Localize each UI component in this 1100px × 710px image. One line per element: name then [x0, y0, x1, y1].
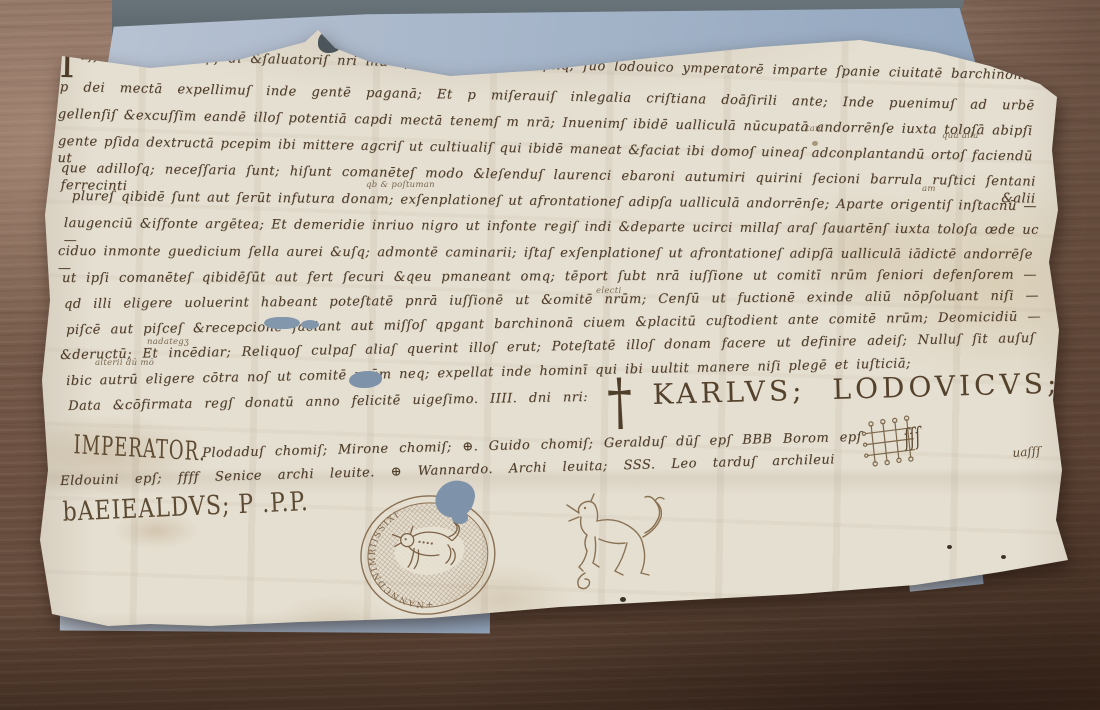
parchment-document: Iuſſione regiſ omīpſ di &ſaluatoriſ nri … — [30, 18, 1080, 643]
interlinear-note: qua alia — [942, 131, 979, 141]
interlinear-note: tam — [806, 124, 823, 134]
photograph-scene: Iuſſione regiſ omīpſ di &ſaluatoriſ nri … — [0, 0, 1100, 710]
parchment-hole — [301, 320, 319, 329]
ink-speck — [620, 597, 626, 602]
interlinear-note: nadategʒ — [147, 337, 189, 347]
ink-speck — [1001, 555, 1006, 559]
parchment-hole — [349, 371, 382, 388]
notary-monogram-icon — [859, 413, 922, 471]
charter-line-text: uſſione regiſ omīpſ di &ſaluatoriſ nri i… — [80, 48, 1055, 83]
interlinear-note: qb & poſtuman — [366, 180, 435, 190]
witness-flourish: uaſſſ — [1012, 444, 1041, 460]
bottom-subscription: bAEIEALDVS; P .P.P. — [62, 487, 309, 528]
parchment-hole — [318, 30, 344, 53]
parchment-sheet: Iuſſione regiſ omīpſ di &ſaluatoriſ nri … — [30, 18, 1080, 643]
dating-clause: Data &cōfirmata regſ donatū anno felicit… — [68, 390, 588, 416]
parchment-hole — [452, 512, 468, 524]
charter-line: Iuſſione regiſ omīpſ di &ſaluatoriſ nri … — [66, 48, 1055, 86]
charter-line: qd illi eligere uoluerint habeant poteſt… — [64, 288, 1039, 313]
stain-speck — [812, 141, 818, 146]
charter-line: ut ipſi comanēteſ qibidēſūt aut fert ſec… — [62, 268, 1037, 288]
ink-speck — [947, 545, 952, 549]
parchment-hole — [264, 317, 300, 329]
interlinear-note: alterii dū mō — [95, 358, 154, 368]
drawn-seal-icon: +NANNCDNIMRIISSIXI — [346, 482, 511, 629]
lion-drawing-icon — [565, 487, 690, 599]
interlinear-note: electi — [596, 286, 621, 296]
imperator-title: IMPERATOR. — [73, 430, 206, 468]
signature-cross-icon: † — [606, 365, 634, 438]
interlinear-note: am — [922, 184, 936, 194]
